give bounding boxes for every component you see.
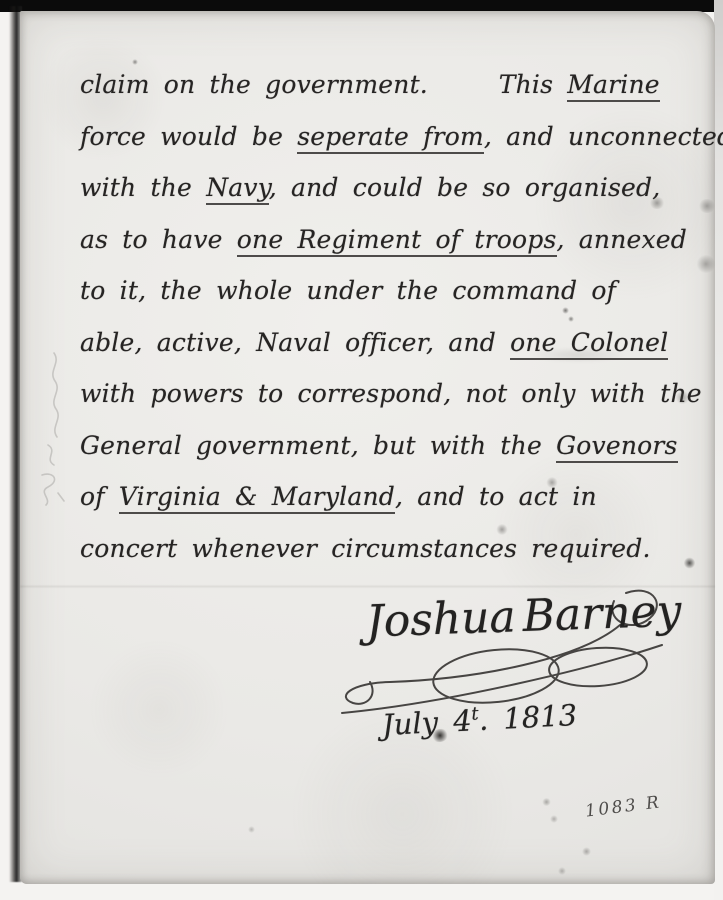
underlined-text: seperate from — [297, 122, 484, 154]
handwritten-line-10: concert whenever circumstances required. — [80, 523, 722, 575]
stain-speck — [550, 815, 558, 823]
line-text: force would be — [80, 122, 297, 151]
signature-joshua-barney: Joshua Barney — [365, 586, 682, 648]
handwritten-line-5: to it, the whole under the command of — [80, 265, 722, 317]
handwritten-line-8: General government, but with the Govenor… — [80, 420, 722, 472]
date-suffix: . 1813 — [478, 698, 578, 737]
line-text: General government, but with the — [80, 431, 556, 460]
underlined-text: one Regiment of troops — [237, 225, 557, 257]
catalog-number: 1083 R — [584, 792, 662, 821]
handwritten-line-4: as to have one Regiment of troops, annex… — [80, 214, 722, 266]
line-text: as to have — [80, 225, 237, 254]
stain-speck — [582, 847, 591, 856]
margin-pencil-scribble — [24, 347, 84, 517]
stain-speck — [542, 798, 551, 806]
letter-body: claim on the government. This Marine for… — [80, 59, 722, 574]
handwritten-line-2: force would be seperate from, and unconn… — [80, 111, 722, 163]
underlined-text: Navy — [206, 173, 269, 205]
line-text: , annexed — [557, 225, 688, 254]
handwritten-line-3: with the Navy, and could be so organised… — [80, 162, 722, 214]
underlined-text: Govenors — [556, 431, 677, 463]
underlined-text: one Colonel — [510, 328, 668, 360]
scanned-letter-page: claim on the government. This Marine for… — [0, 0, 723, 900]
line-text: , and unconnected — [484, 122, 723, 151]
line-text: to it, the whole under the command of — [80, 276, 616, 305]
stain-speck — [248, 826, 255, 833]
line-text: with the — [80, 173, 206, 202]
date-prefix: July 4 — [381, 703, 472, 742]
date-line: July 4t. 1813 — [381, 698, 578, 742]
line-text: able, active, Naval officer, and — [80, 328, 510, 357]
handwritten-line-9: of Virginia & Maryland, and to act in — [80, 471, 722, 523]
letter-paper: claim on the government. This Marine for… — [20, 11, 715, 884]
line-text: of — [80, 482, 119, 511]
handwritten-line-6: able, active, Naval officer, and one Col… — [80, 317, 722, 369]
stain-speck — [558, 867, 566, 875]
line-text: , and could be so organised, — [269, 173, 661, 202]
underlined-text: Virginia & Maryland — [119, 482, 395, 514]
line-text: claim on the government. This — [80, 70, 567, 99]
underlined-text: Marine — [567, 70, 660, 102]
handwritten-line-1: claim on the government. This Marine — [80, 59, 722, 111]
line-text: concert whenever circumstances required. — [80, 534, 651, 563]
line-text: , and to act in — [395, 482, 597, 511]
line-text: with powers to correspond, not only with… — [80, 379, 702, 408]
handwritten-line-7: with powers to correspond, not only with… — [80, 368, 722, 420]
